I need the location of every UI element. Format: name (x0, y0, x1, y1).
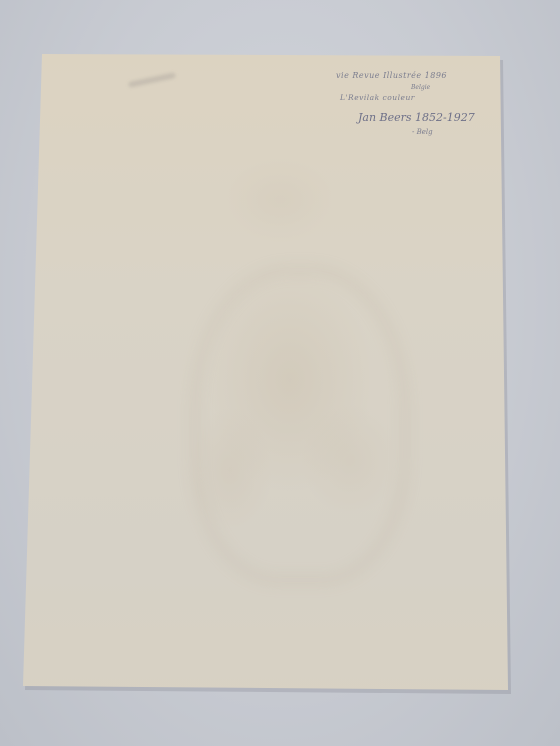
show-through-figure (190, 265, 410, 585)
paper-sheet: vie Revue Illustrée 1896 Belgie L'Revila… (0, 0, 560, 746)
handwritten-note-line-2: Belgie (411, 84, 430, 91)
handwritten-note-line-5: - Belg (412, 128, 433, 136)
handwritten-artist-name: Jan Beers 1852-1927 (358, 111, 475, 124)
handwritten-note-line-3: L'Revilak couleur (340, 93, 415, 102)
photo-background: vie Revue Illustrée 1896 Belgie L'Revila… (0, 0, 560, 746)
pencil-smudge (128, 72, 176, 88)
handwritten-note-line-1: vie Revue Illustrée 1896 (336, 71, 447, 80)
